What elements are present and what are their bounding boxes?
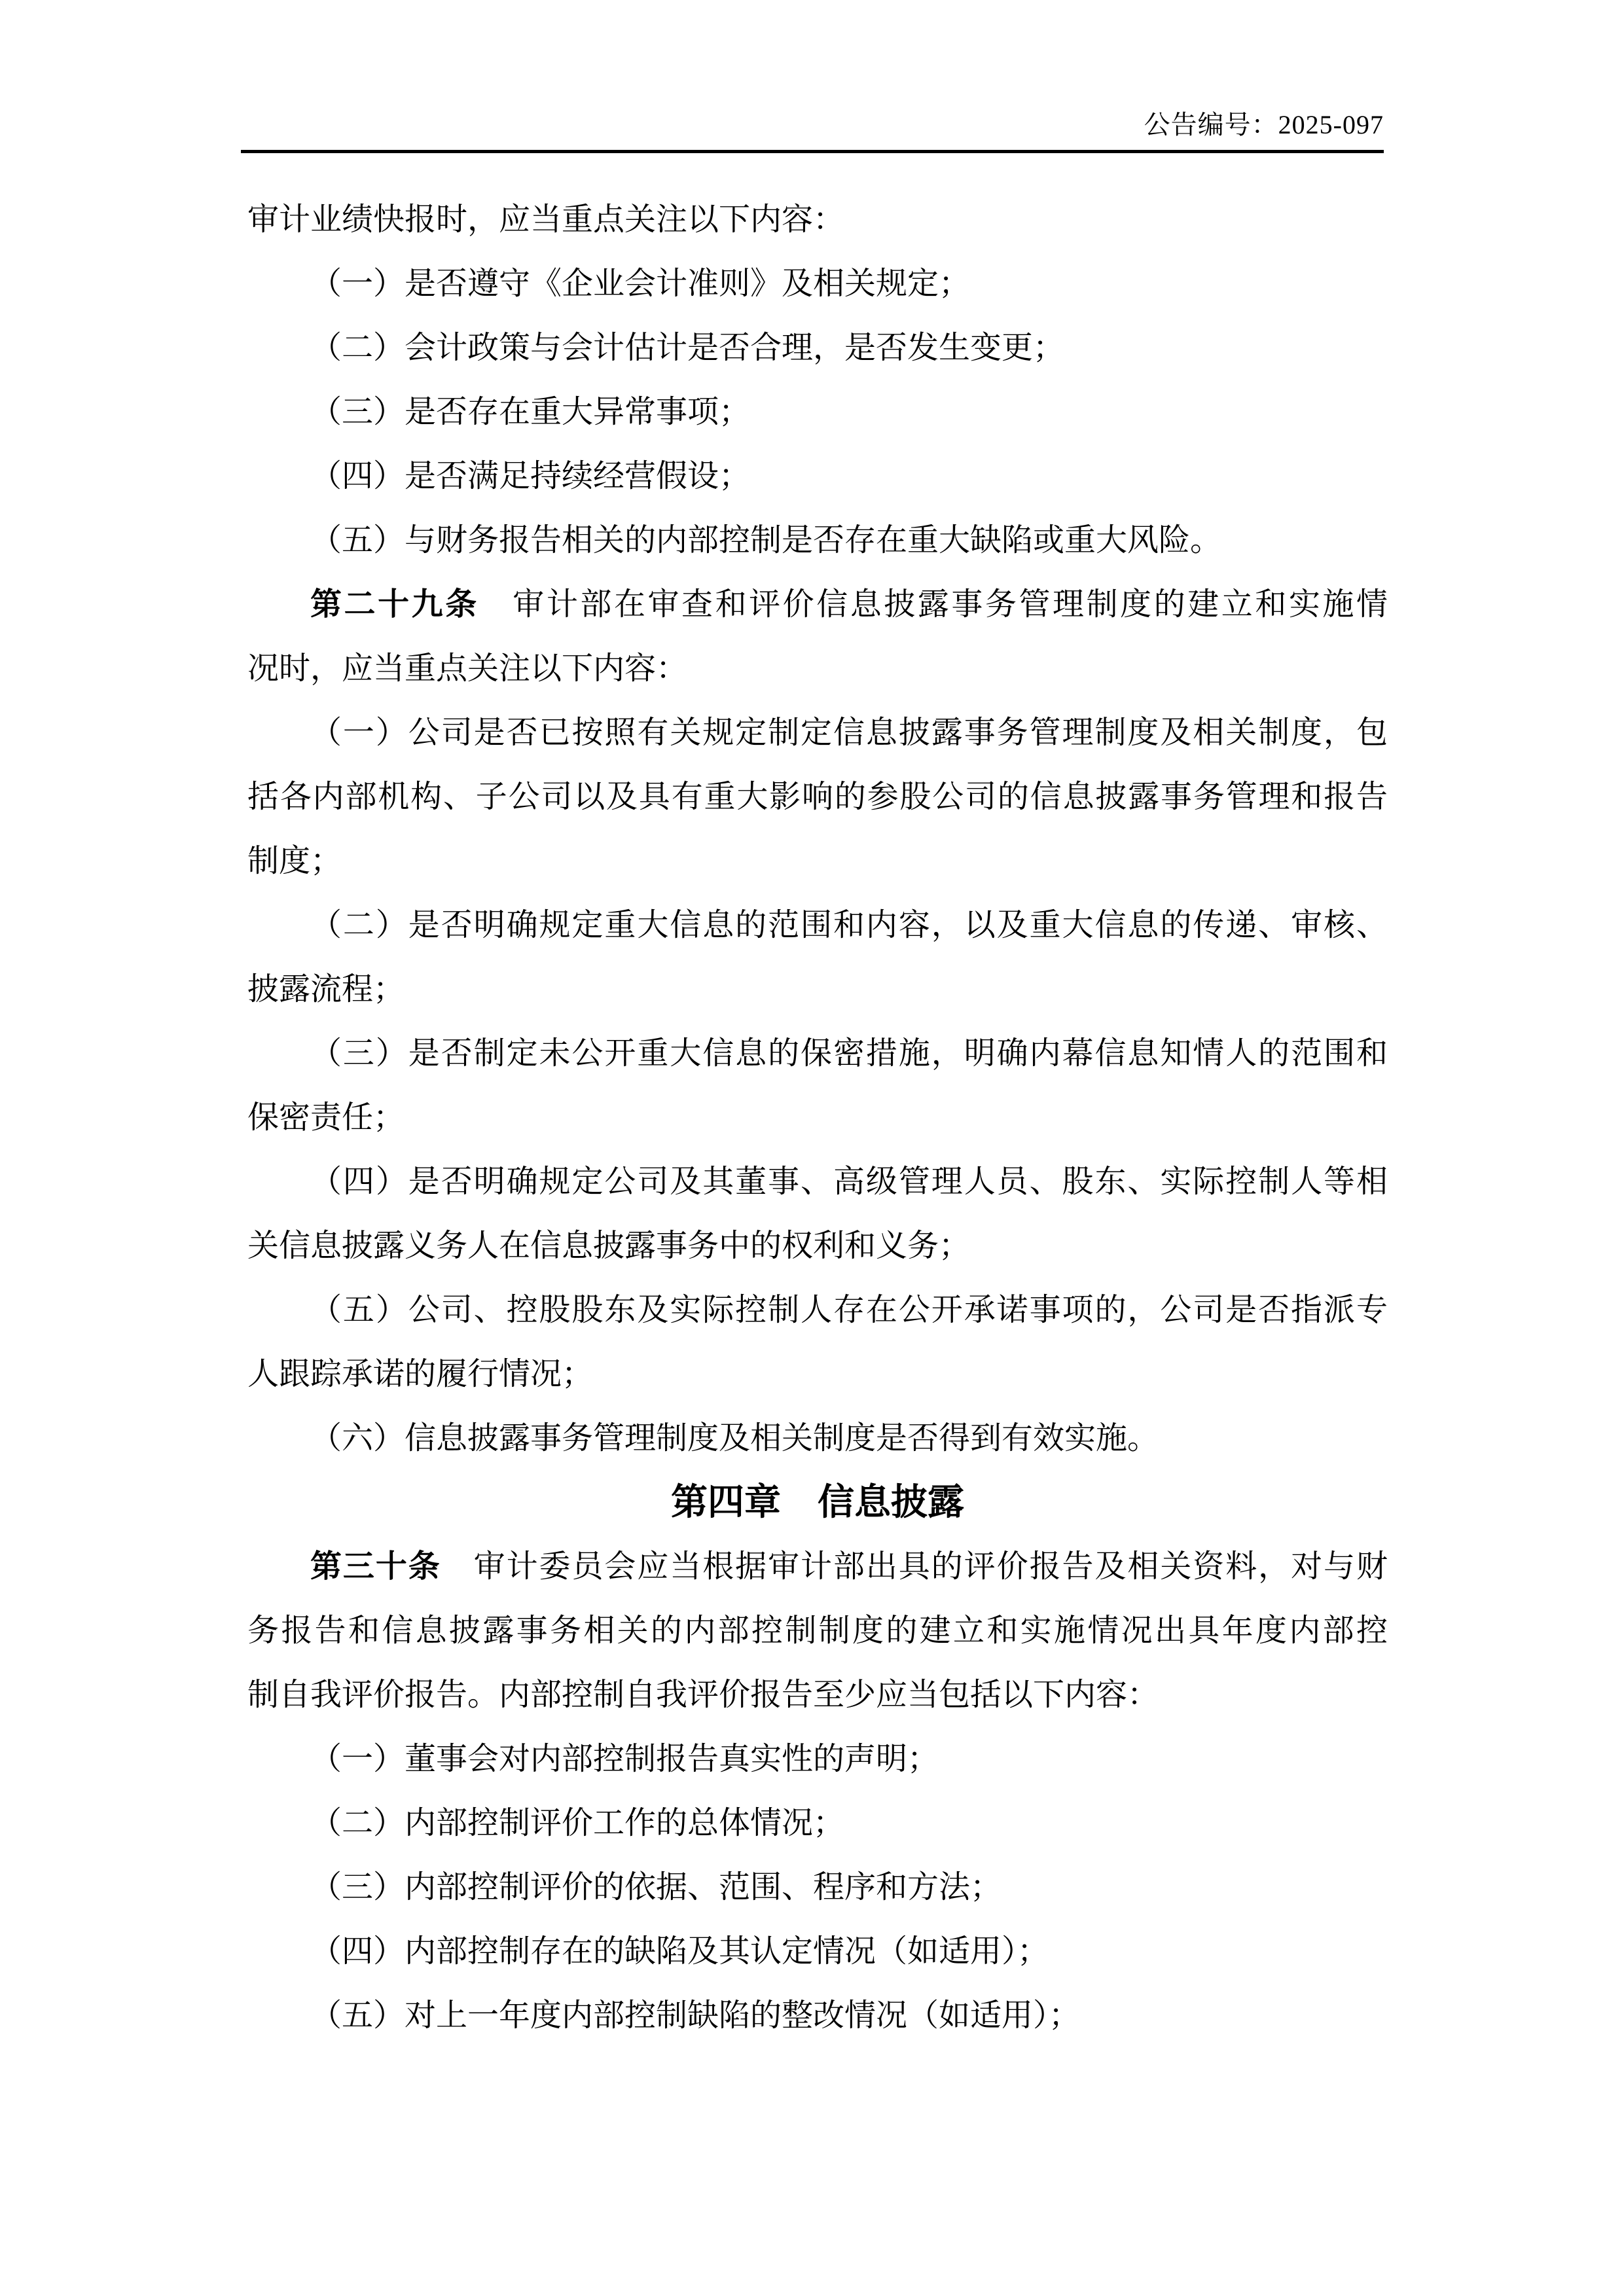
text-run: （五）公司、控股股东及实际控制人存在公开承诺事项的，公司是否指派专 [310, 1293, 1388, 1327]
text-line: 关信息披露义务人在信息披露事务中的权利和义务； [247, 1214, 1388, 1278]
text-line: 况时，应当重点关注以下内容： [247, 637, 1388, 701]
bold-text-run: 第四章 信息披露 [671, 1482, 964, 1523]
text-line: （四）内部控制存在的缺陷及其认定情况（如适用）； [247, 1920, 1388, 1984]
text-run: 审计业绩快报时，应当重点关注以下内容： [247, 202, 844, 237]
text-run: （六）信息披露事务管理制度及相关制度是否得到有效实施。 [310, 1421, 1159, 1456]
text-run: （四）内部控制存在的缺陷及其认定情况（如适用）； [310, 1934, 1049, 1969]
announcement-number: 公告编号：2025-097 [247, 109, 1384, 141]
text-run: （四）是否满足持续经营假设； [310, 459, 750, 493]
bold-text-run: 第三十条 [310, 1549, 441, 1584]
text-line: 制自我评价报告。内部控制自我评价报告至少应当包括以下内容： [247, 1663, 1388, 1727]
text-run: 括各内部机构、子公司以及具有重大影响的参股公司的信息披露事务管理和报告 [247, 780, 1388, 814]
text-line: （五）对上一年度内部控制缺陷的整改情况（如适用）； [247, 1984, 1388, 2048]
text-run: 况时，应当重点关注以下内容： [247, 651, 687, 686]
text-line: （五）与财务报告相关的内部控制是否存在重大缺陷或重大风险。 [247, 509, 1388, 573]
header-rule [241, 150, 1384, 153]
text-run: 关信息披露义务人在信息披露事务中的权利和义务； [247, 1229, 970, 1263]
text-run: （二）是否明确规定重大信息的范围和内容，以及重大信息的传递、审核、 [310, 908, 1388, 942]
text-line: （一）是否遵守《企业会计准则》及相关规定； [247, 252, 1388, 316]
text-run: 人跟踪承诺的履行情况； [247, 1357, 593, 1391]
text-line: （二）会计政策与会计估计是否合理，是否发生变更； [247, 316, 1388, 380]
text-run: 审计部在审查和评价信息披露事务管理制度的建立和实施情 [479, 587, 1388, 622]
text-line: 括各内部机构、子公司以及具有重大影响的参股公司的信息披露事务管理和报告 [247, 765, 1388, 829]
text-run: （三）是否存在重大异常事项； [310, 395, 750, 429]
text-line: 人跟踪承诺的履行情况； [247, 1342, 1388, 1407]
text-run: （五）对上一年度内部控制缺陷的整改情况（如适用）； [310, 1998, 1080, 2033]
text-run: （一）公司是否已按照有关规定制定信息披露事务管理制度及相关制度，包 [310, 715, 1388, 750]
text-run: （五）与财务报告相关的内部控制是否存在重大缺陷或重大风险。 [310, 523, 1221, 558]
text-line: 保密责任； [247, 1086, 1388, 1150]
text-line: 制度； [247, 829, 1388, 893]
text-run: （一）董事会对内部控制报告真实性的声明； [310, 1742, 939, 1776]
text-run: 务报告和信息披露事务相关的内部控制制度的建立和实施情况出具年度内部控 [247, 1613, 1388, 1648]
text-run: （二）内部控制评价工作的总体情况； [310, 1806, 844, 1840]
chapter-heading: 第四章 信息披露 [247, 1471, 1388, 1535]
text-line: 第二十九条 审计部在审查和评价信息披露事务管理制度的建立和实施情 [247, 573, 1388, 637]
text-line: （六）信息披露事务管理制度及相关制度是否得到有效实施。 [247, 1407, 1388, 1471]
text-run: （三）是否制定未公开重大信息的保密措施，明确内幕信息知情人的范围和 [310, 1036, 1388, 1071]
document-body: 审计业绩快报时，应当重点关注以下内容：（一）是否遵守《企业会计准则》及相关规定；… [247, 188, 1388, 2048]
text-run: 披露流程； [247, 972, 405, 1007]
text-run: 制自我评价报告。内部控制自我评价报告至少应当包括以下内容： [247, 1677, 1159, 1712]
text-line: （二）是否明确规定重大信息的范围和内容，以及重大信息的传递、审核、 [247, 893, 1388, 958]
text-line: （二）内部控制评价工作的总体情况； [247, 1791, 1388, 1856]
text-line: 披露流程； [247, 958, 1388, 1022]
text-line: （三）是否存在重大异常事项； [247, 380, 1388, 444]
text-run: 保密责任； [247, 1100, 405, 1135]
document-page: 公告编号：2025-097 审计业绩快报时，应当重点关注以下内容：（一）是否遵守… [0, 0, 1624, 2296]
text-line: （三）内部控制评价的依据、范围、程序和方法； [247, 1856, 1388, 1920]
text-line: 务报告和信息披露事务相关的内部控制制度的建立和实施情况出具年度内部控 [247, 1599, 1388, 1663]
text-run: （二）会计政策与会计估计是否合理，是否发生变更； [310, 331, 1064, 365]
text-line: 审计业绩快报时，应当重点关注以下内容： [247, 188, 1388, 252]
text-run: （三）内部控制评价的依据、范围、程序和方法； [310, 1870, 1001, 1905]
text-line: （五）公司、控股股东及实际控制人存在公开承诺事项的，公司是否指派专 [247, 1278, 1388, 1342]
text-line: （四）是否明确规定公司及其董事、高级管理人员、股东、实际控制人等相 [247, 1150, 1388, 1214]
text-line: （三）是否制定未公开重大信息的保密措施，明确内幕信息知情人的范围和 [247, 1022, 1388, 1086]
bold-text-run: 第二十九条 [310, 587, 479, 622]
text-line: （一）董事会对内部控制报告真实性的声明； [247, 1727, 1388, 1791]
text-line: 第三十条 审计委员会应当根据审计部出具的评价报告及相关资料，对与财 [247, 1535, 1388, 1599]
text-line: （四）是否满足持续经营假设； [247, 444, 1388, 509]
text-run: （一）是否遵守《企业会计准则》及相关规定； [310, 266, 970, 301]
text-run: 审计委员会应当根据审计部出具的评价报告及相关资料，对与财 [441, 1549, 1388, 1584]
text-run: （四）是否明确规定公司及其董事、高级管理人员、股东、实际控制人等相 [310, 1164, 1388, 1199]
text-run: 制度； [247, 844, 342, 878]
text-line: （一）公司是否已按照有关规定制定信息披露事务管理制度及相关制度，包 [247, 701, 1388, 765]
